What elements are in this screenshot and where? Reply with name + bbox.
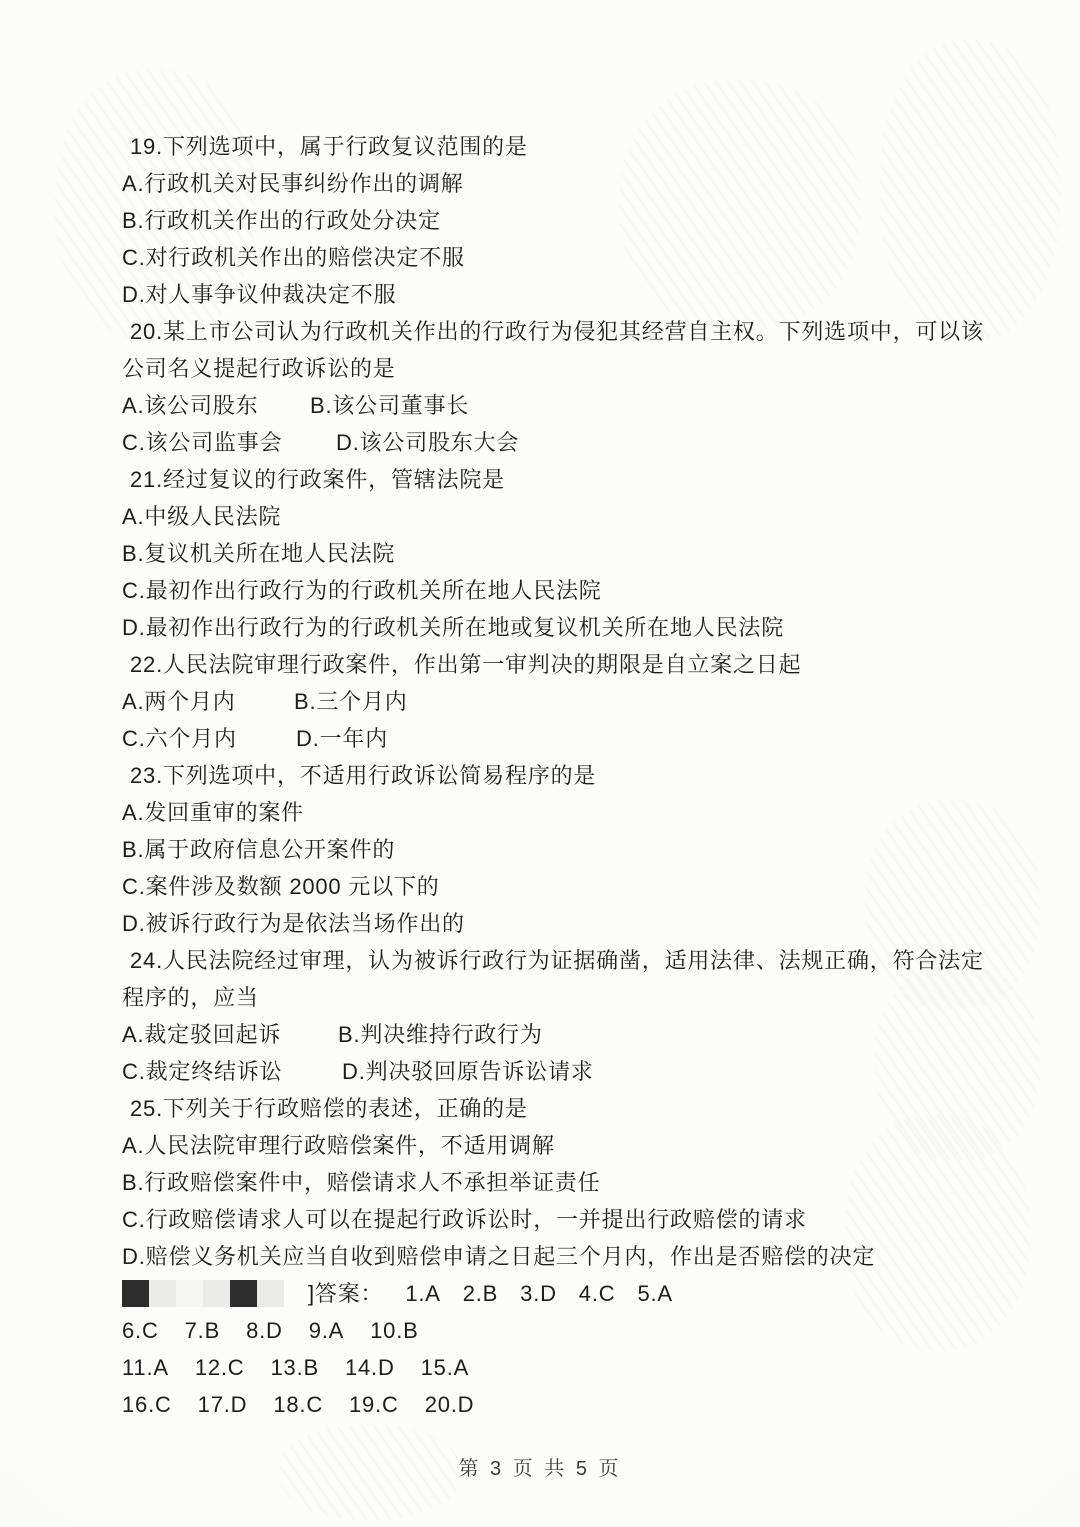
question-24-option-b: B.判决维持行政行为	[338, 1022, 543, 1047]
question-21-option-b: B.复议机关所在地人民法院	[122, 535, 1002, 572]
question-22-option-d: D.一年内	[296, 726, 388, 751]
question-23-option-d: D.被诉行政行为是依法当场作出的	[122, 905, 1002, 942]
answer-item-7: 7.B	[185, 1312, 220, 1349]
answer-item-16: 16.C	[122, 1386, 172, 1423]
question-24-option-d: D.判决驳回原告诉讼请求	[342, 1059, 594, 1084]
answer-item-18: 18.C	[273, 1386, 323, 1423]
answer-item-4: 4.C	[579, 1275, 616, 1312]
answer-item-19: 19.C	[349, 1386, 399, 1423]
question-19-option-c: C.对行政机关作出的赔偿决定不服	[122, 239, 1002, 276]
question-22-option-a: A.两个月内	[122, 683, 294, 720]
question-22-options-cd: C.六个月内D.一年内	[122, 720, 1002, 757]
answer-item-2: 2.B	[463, 1275, 498, 1312]
question-24-option-a: A.裁定驳回起诉	[122, 1016, 338, 1053]
answer-item-5: 5.A	[637, 1275, 672, 1312]
answer-key-row-1: ]答案： 1.A 2.B 3.D 4.C 5.A	[122, 1275, 1002, 1312]
answer-key-row-2: 6.C 7.B 8.D 9.A 10.B	[122, 1312, 1002, 1349]
question-20-option-d: D.该公司股东大会	[336, 430, 519, 455]
question-22-stem: 22.人民法院审理行政案件，作出第一审判决的期限是自立案之日起	[122, 646, 1002, 683]
question-24-stem-line-1: 24.人民法院经过审理，认为被诉行政行为证据确凿，适用法律、法规正确，符合法定	[122, 942, 1002, 979]
answer-item-3: 3.D	[520, 1275, 557, 1312]
answer-item-9: 9.A	[309, 1312, 344, 1349]
redacted-watermark	[122, 1275, 284, 1312]
question-20-options-ab: A.该公司股东B.该公司董事长	[122, 387, 1002, 424]
question-19-option-d: D.对人事争议仲裁决定不服	[122, 276, 1002, 313]
answer-item-1: 1.A	[405, 1275, 440, 1312]
answer-item-15: 15.A	[421, 1349, 469, 1386]
answer-item-11: 11.A	[122, 1349, 169, 1386]
question-23-stem: 23.下列选项中，不适用行政诉讼简易程序的是	[122, 757, 1002, 794]
question-25-option-a: A.人民法院审理行政赔偿案件，不适用调解	[122, 1127, 1002, 1164]
question-19-option-b: B.行政机关作出的行政处分决定	[122, 202, 1002, 239]
question-24-options-cd: C.裁定终结诉讼D.判决驳回原告诉讼请求	[122, 1053, 1002, 1090]
answer-item-17: 17.D	[198, 1386, 248, 1423]
question-24-option-c: C.裁定终结诉讼	[122, 1053, 342, 1090]
answer-item-13: 13.B	[271, 1349, 319, 1386]
answer-item-6: 6.C	[122, 1312, 159, 1349]
question-20-stem-line-2: 公司名义提起行政诉讼的是	[122, 350, 1002, 387]
answer-key-row-4: 16.C 17.D 18.C 19.C 20.D	[122, 1386, 1002, 1423]
question-21-option-c: C.最初作出行政行为的行政机关所在地人民法院	[122, 572, 1002, 609]
answer-key-row-3: 11.A 12.C 13.B 14.D 15.A	[122, 1349, 1002, 1386]
exam-page: 19.下列选项中，属于行政复议范围的是 A.行政机关对民事纠纷作出的调解 B.行…	[0, 0, 1080, 1527]
answer-item-10: 10.B	[370, 1312, 418, 1349]
question-23-option-a: A.发回重审的案件	[122, 794, 1002, 831]
question-21-option-d: D.最初作出行政行为的行政机关所在地或复议机关所在地人民法院	[122, 609, 1002, 646]
question-25-stem: 25.下列关于行政赔偿的表述，正确的是	[122, 1090, 1002, 1127]
page-footer: 第 3 页 共 5 页	[0, 1452, 1080, 1481]
question-21-option-a: A.中级人民法院	[122, 498, 1002, 535]
answer-item-20: 20.D	[425, 1386, 475, 1423]
question-25-option-c: C.行政赔偿请求人可以在提起行政诉讼时，一并提出行政赔偿的请求	[122, 1201, 1002, 1238]
question-20-option-a: A.该公司股东	[122, 387, 310, 424]
page-indicator: 第 3 页 共 5 页	[458, 1458, 621, 1480]
question-20-option-c: C.该公司监事会	[122, 424, 336, 461]
question-23-option-b: B.属于政府信息公开案件的	[122, 831, 1002, 868]
question-22-options-ab: A.两个月内B.三个月内	[122, 683, 1002, 720]
question-22-option-b: B.三个月内	[294, 689, 408, 714]
answer-item-8: 8.D	[246, 1312, 283, 1349]
answer-item-14: 14.D	[345, 1349, 395, 1386]
question-24-stem-line-2: 程序的，应当	[122, 979, 1002, 1016]
question-25-option-d: D.赔偿义务机关应当自收到赔偿申请之日起三个月内，作出是否赔偿的决定	[122, 1238, 1002, 1275]
question-20-stem-line-1: 20.某上市公司认为行政机关作出的行政行为侵犯其经营自主权。下列选项中，可以该	[122, 313, 1002, 350]
question-20-options-cd: C.该公司监事会D.该公司股东大会	[122, 424, 1002, 461]
question-23-option-c: C.案件涉及数额 2000 元以下的	[122, 868, 1002, 905]
question-25-option-b: B.行政赔偿案件中，赔偿请求人不承担举证责任	[122, 1164, 1002, 1201]
question-list: 19.下列选项中，属于行政复议范围的是 A.行政机关对民事纠纷作出的调解 B.行…	[122, 128, 1002, 1423]
question-20-option-b: B.该公司董事长	[310, 393, 469, 418]
question-19-option-a: A.行政机关对民事纠纷作出的调解	[122, 165, 1002, 202]
answer-key-label: ]答案：	[308, 1275, 383, 1312]
question-24-options-ab: A.裁定驳回起诉B.判决维持行政行为	[122, 1016, 1002, 1053]
question-22-option-c: C.六个月内	[122, 720, 296, 757]
question-19-stem: 19.下列选项中，属于行政复议范围的是	[122, 128, 1002, 165]
answer-item-12: 12.C	[195, 1349, 245, 1386]
question-21-stem: 21.经过复议的行政案件，管辖法院是	[122, 461, 1002, 498]
